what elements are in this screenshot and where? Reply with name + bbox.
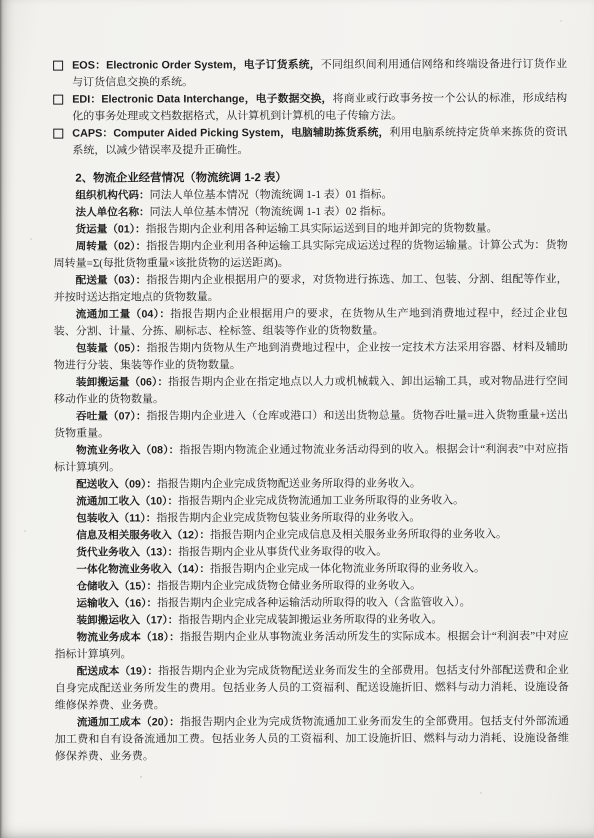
scan-noise-specks xyxy=(0,0,2,2)
definition-item: 法人单位名称：同法人单位基本情况（物流统调 1-1 表）02 指标。 xyxy=(53,203,567,221)
definition-desc: 指报告期内企业完成信息及相关服务业务所取得的业务收入。 xyxy=(210,528,507,541)
definition-term: 货代业务收入（13）： xyxy=(76,546,178,558)
definition-desc: 指报告期内企业利用各种运输工具实际运送到目的地并卸完的货物数量。 xyxy=(146,223,498,236)
definition-item: 吞吐量（07）：指报告期内企业进入（仓库或港口）和送出货物总量。货物吞吐量=进入… xyxy=(54,407,568,442)
definition-term: 物流业务收入（08）： xyxy=(76,444,179,456)
definitions-list: 组织机构代码：同法人单位基本情况（物流统调 1-1 表）01 指标。 法人单位名… xyxy=(53,186,569,765)
definition-item: 货代业务收入（13）：指报告期内企业从事货代业务取得的收入。 xyxy=(54,543,568,561)
definition-item: 信息及相关服务收入（12）：指报告期内企业完成信息及相关服务业务所取得的业务收入… xyxy=(54,526,568,544)
definition-item: 物流业务收入（08）：指报告期内物流企业通过物流业务活动得到的收入。根据会计“利… xyxy=(54,441,568,476)
section-heading: 2、物流企业经营情况（物流统调 1-2 表） xyxy=(53,169,567,187)
scanned-document-page: EOS：Electronic Order System，电子订货系统，不同组织间… xyxy=(0,0,594,838)
definition-desc: 指报告期内企业完成货物仓储业务所取得的业务收入。 xyxy=(157,580,421,593)
bullet-text: CAPS：Computer Aided Picking System，电脑辅助拣… xyxy=(72,124,567,159)
definition-desc: 指报告期内企业完成货物配送业务所取得的业务收入。 xyxy=(157,478,421,491)
definition-item: 运输收入（16）：指报告期内企业完成各种运输活动所取得的收入（含监管收入）。 xyxy=(54,594,568,612)
definition-term: 装卸搬运量（06）： xyxy=(76,376,168,388)
definition-item: 流通加工收入（10）：指报告期内企业完成货物流通加工业务所取得的业务收入。 xyxy=(54,492,568,510)
definition-item: 物流业务成本（18）：指报告期内企业从事物流业务活动所发生的实际成本。根据会计“… xyxy=(55,628,569,663)
checkbox-icon xyxy=(53,95,63,105)
definition-desc: 指报告期内企业完成装卸搬运业务所取得的业务收入。 xyxy=(178,614,442,627)
definition-desc: 同法人单位基本情况（物流统调 1-1 表）01 指标。 xyxy=(150,189,393,202)
definition-item: 配送成本（19）：指报告期内企业为完成货物配送业务而发生的全部费用。包括支付外部… xyxy=(55,662,569,714)
definition-desc: 指报告期内企业完成货物流通加工业务所取得的业务收入。 xyxy=(178,495,464,508)
definition-term: 信息及相关服务收入（12）： xyxy=(76,529,210,541)
definition-item: 流通加工量（04）：指报告期内企业根据用户的要求，在货物从生产地到消费地过程中，… xyxy=(54,305,568,340)
checkbox-icon xyxy=(53,61,63,71)
definition-item: 装卸搬运量（06）：指报告期内企业在指定地点以人力或机械载入、卸出运输工具，或对… xyxy=(54,373,568,408)
definition-item: 包装收入（11）：指报告期内企业完成货物包装业务所取得的业务收入。 xyxy=(54,509,568,527)
definition-term: 流通加工成本（20）： xyxy=(77,716,180,728)
definition-desc: 指报告期内企业完成各种运输活动所取得的收入（含监管收入）。 xyxy=(157,597,471,610)
scan-edge-shadow xyxy=(0,0,3,838)
definition-term: 流通加工量（04）： xyxy=(76,308,171,320)
definition-term: 装卸搬运收入（17）： xyxy=(77,614,179,626)
definition-desc: 指报告期内企业从事货代业务取得的收入。 xyxy=(178,546,387,559)
bullet-list: EOS：Electronic Order System，电子订货系统，不同组织间… xyxy=(53,56,567,159)
bullet-term: CAPS：Computer Aided Picking System，电脑辅助拣… xyxy=(72,127,389,140)
definition-term: 物流业务成本（18）： xyxy=(77,631,180,643)
bullet-item: CAPS：Computer Aided Picking System，电脑辅助拣… xyxy=(53,124,567,159)
definition-term: 配送成本（19）： xyxy=(77,665,158,677)
definition-item: 组织机构代码：同法人单位基本情况（物流统调 1-1 表）01 指标。 xyxy=(53,186,567,204)
document-content: EOS：Electronic Order System，电子订货系统，不同组织间… xyxy=(53,56,569,765)
definition-term: 法人单位名称： xyxy=(75,206,149,218)
definition-term: 周转量（02）： xyxy=(76,240,147,252)
bullet-text: EOS：Electronic Order System，电子订货系统，不同组织间… xyxy=(72,56,567,91)
definition-term: 组织机构代码： xyxy=(75,189,149,201)
bullet-term: EOS：Electronic Order System，电子订货系统， xyxy=(72,59,321,72)
definition-term: 配送量（03）： xyxy=(76,274,147,286)
definition-item: 一体化物流业务收入（14）：指报告期内企业完成一体化物流业务所取得的业务收入。 xyxy=(54,560,568,578)
definition-desc: 同法人单位基本情况（物流统调 1-1 表）02 指标。 xyxy=(150,206,393,219)
bullet-text: EDI：Electronic Data Interchange，电子数据交换，将… xyxy=(72,90,567,125)
bullet-item: EDI：Electronic Data Interchange，电子数据交换，将… xyxy=(53,90,567,125)
definition-item: 配送量（03）：指报告期内企业根据用户的要求，对货物进行拣选、加工、包装、分割、… xyxy=(54,271,568,306)
definition-desc: 指报告期内企业完成货物包装业务所取得的业务收入。 xyxy=(156,512,420,525)
definition-item: 装卸搬运收入（17）：指报告期内企业完成装卸搬运业务所取得的业务收入。 xyxy=(55,611,569,629)
bullet-item: EOS：Electronic Order System，电子订货系统，不同组织间… xyxy=(53,56,567,91)
definition-term: 货运量（01）： xyxy=(76,223,146,235)
checkbox-icon xyxy=(53,129,63,139)
definition-item: 流通加工成本（20）：指报告期内企业为完成货物流通加工业务而发生的全部费用。包括… xyxy=(55,713,569,765)
bullet-term: EDI：Electronic Data Interchange，电子数据交换， xyxy=(72,93,332,106)
definition-item: 包装量（05）：指报告期内货物从生产地到消费地过程中，企业按一定技术方法采用容器… xyxy=(54,339,568,374)
definition-term: 吞吐量（07）： xyxy=(76,410,146,422)
definition-item: 货运量（01）：指报告期内企业利用各种运输工具实际运送到目的地并卸完的货物数量。 xyxy=(54,220,568,238)
definition-term: 运输收入（16）： xyxy=(76,597,157,609)
definition-term: 流通加工收入（10）： xyxy=(76,495,178,507)
definition-term: 仓储收入（15）： xyxy=(76,580,157,592)
definition-item: 周转量（02）：指报告期内企业利用各种运输工具实际完成运送过程的货物运输量。计算… xyxy=(54,237,568,272)
definition-desc: 指报告期内企业完成一体化物流业务所取得的业务收入。 xyxy=(210,563,485,576)
definition-term: 包装收入（11）： xyxy=(76,512,156,524)
definition-item: 仓储收入（15）：指报告期内企业完成货物仓储业务所取得的业务收入。 xyxy=(54,577,568,595)
definition-term: 一体化物流业务收入（14）： xyxy=(76,563,210,575)
definition-term: 配送收入（09）： xyxy=(76,478,157,490)
definition-term: 包装量（05）： xyxy=(76,342,147,354)
definition-item: 配送收入（09）：指报告期内企业完成货物配送业务所取得的业务收入。 xyxy=(54,475,568,493)
